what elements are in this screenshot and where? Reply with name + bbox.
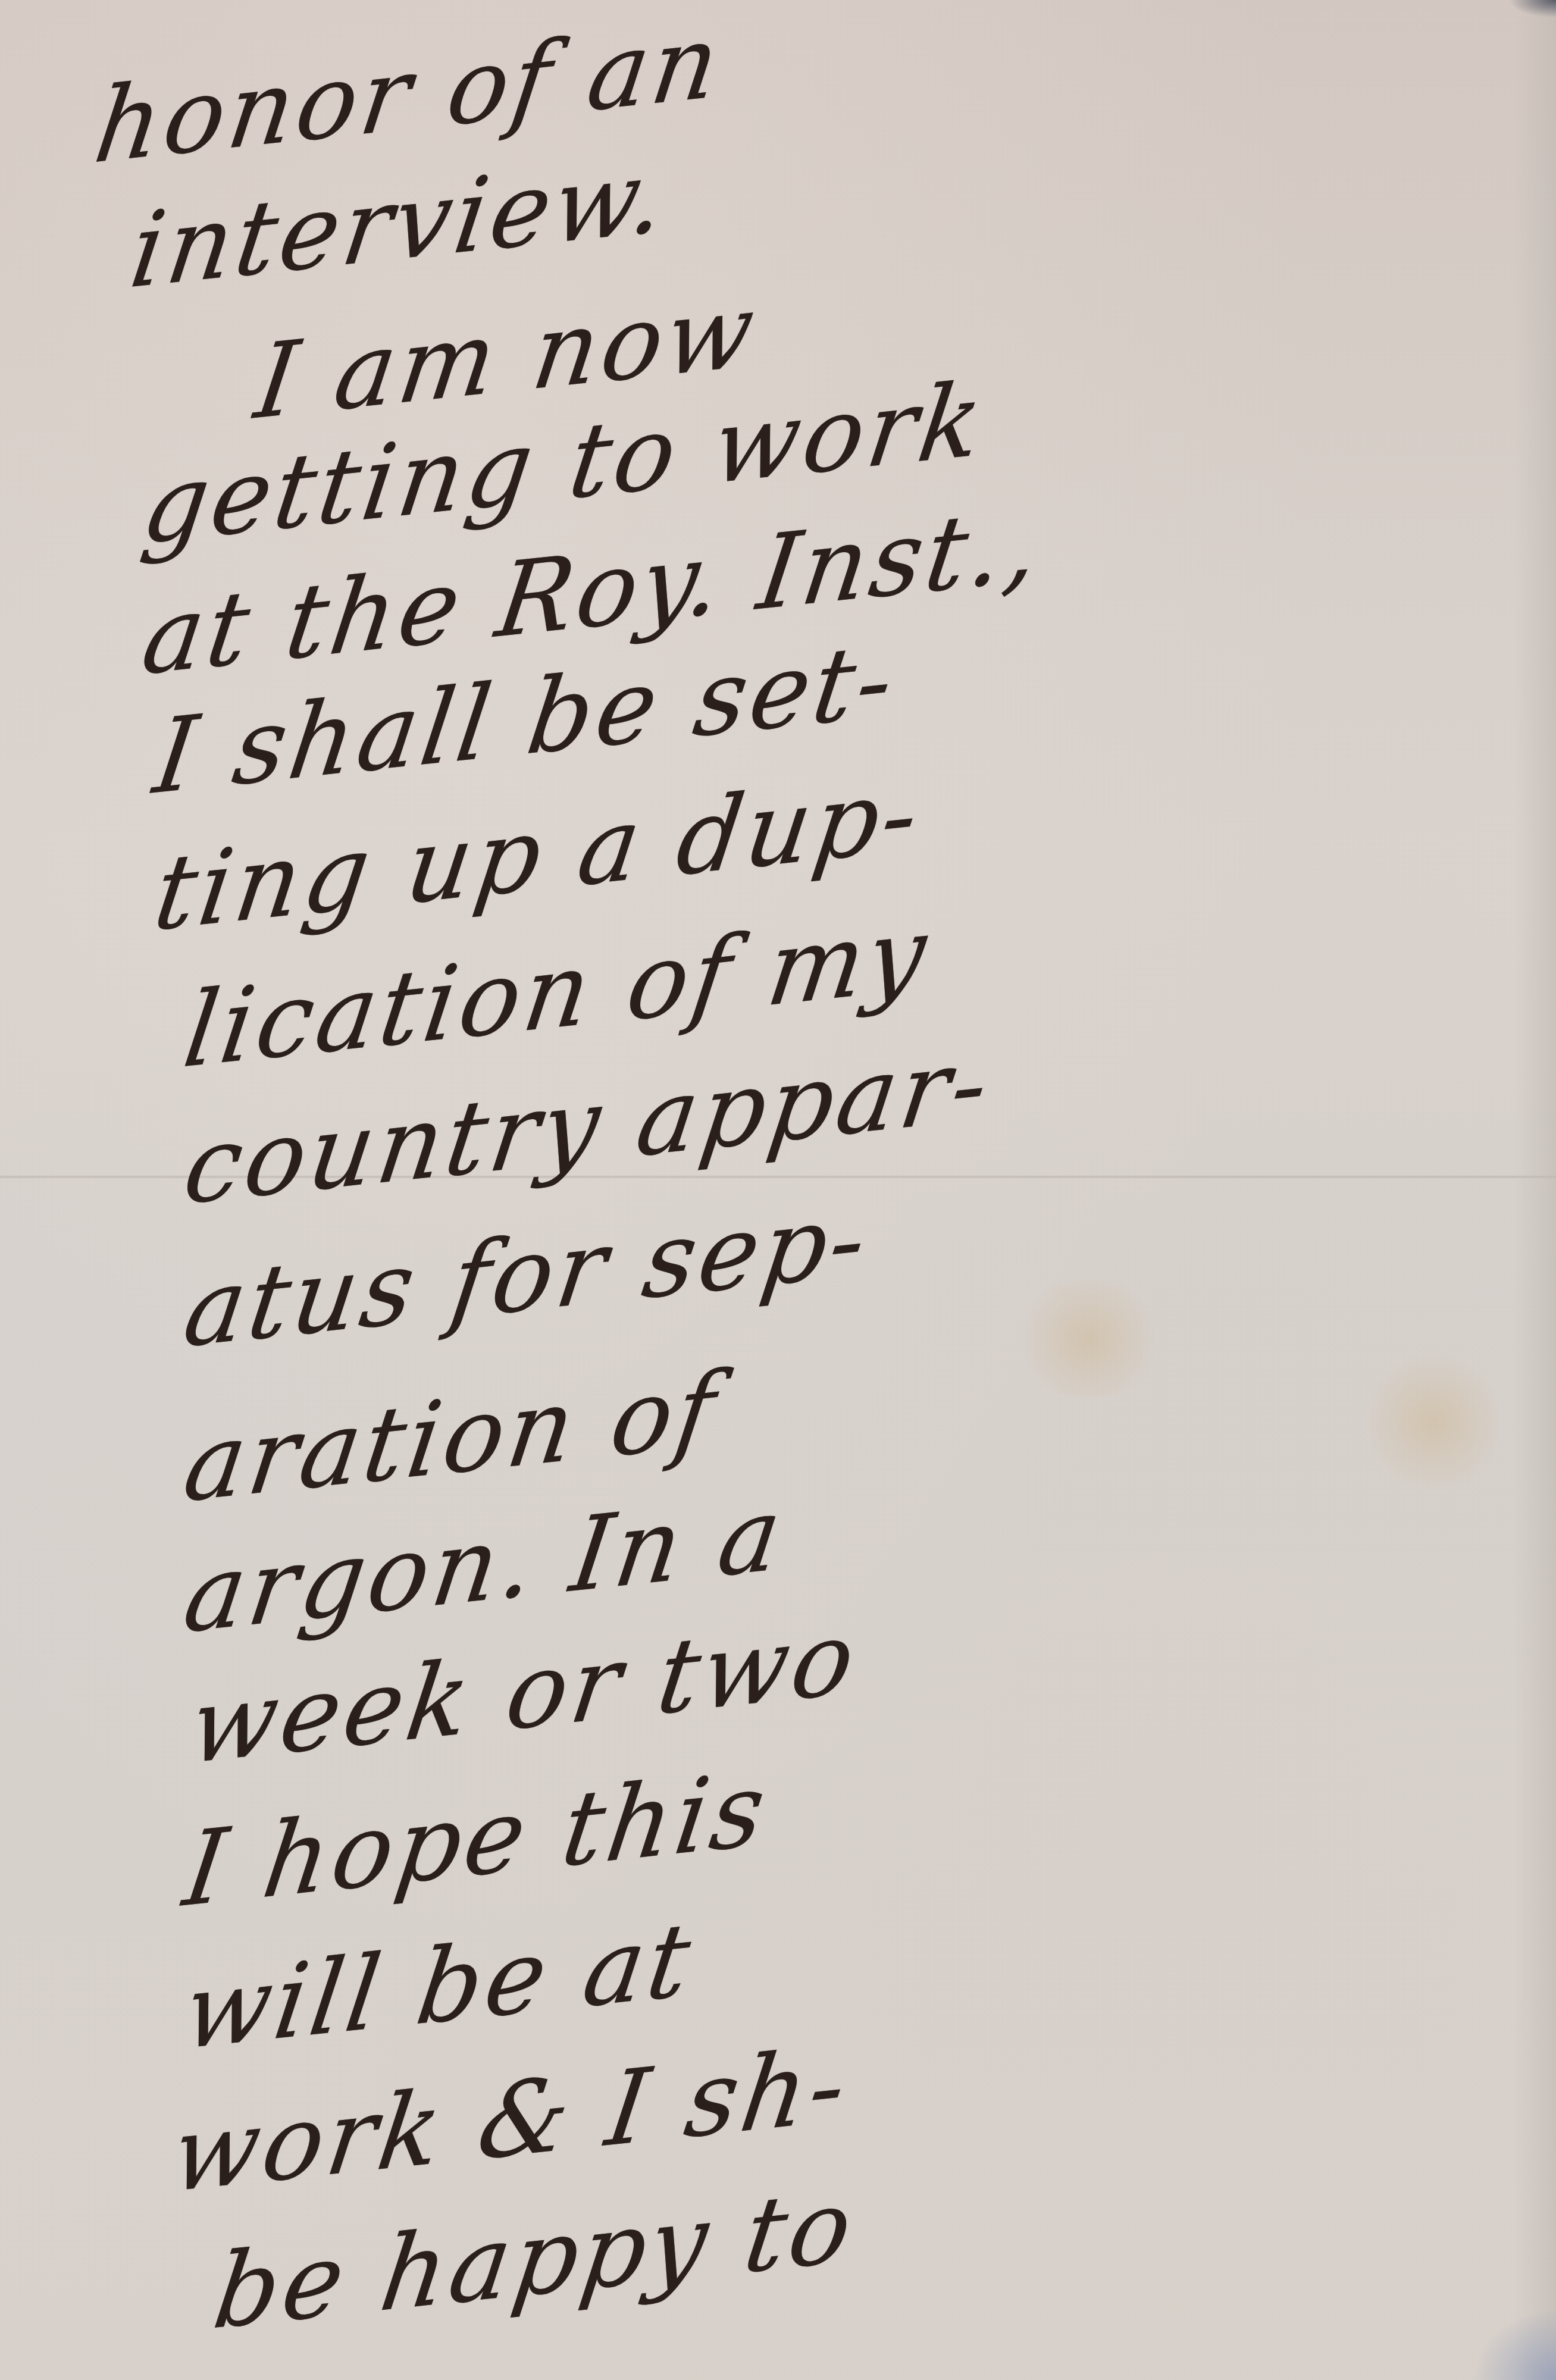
- text-line: will be at: [179, 1908, 699, 2065]
- handwritten-text: honor of an interview. I am now getting …: [0, 0, 1556, 2380]
- text-line: I hope this: [179, 1758, 774, 1922]
- letter-page: honor of an interview. I am now getting …: [0, 0, 1556, 2380]
